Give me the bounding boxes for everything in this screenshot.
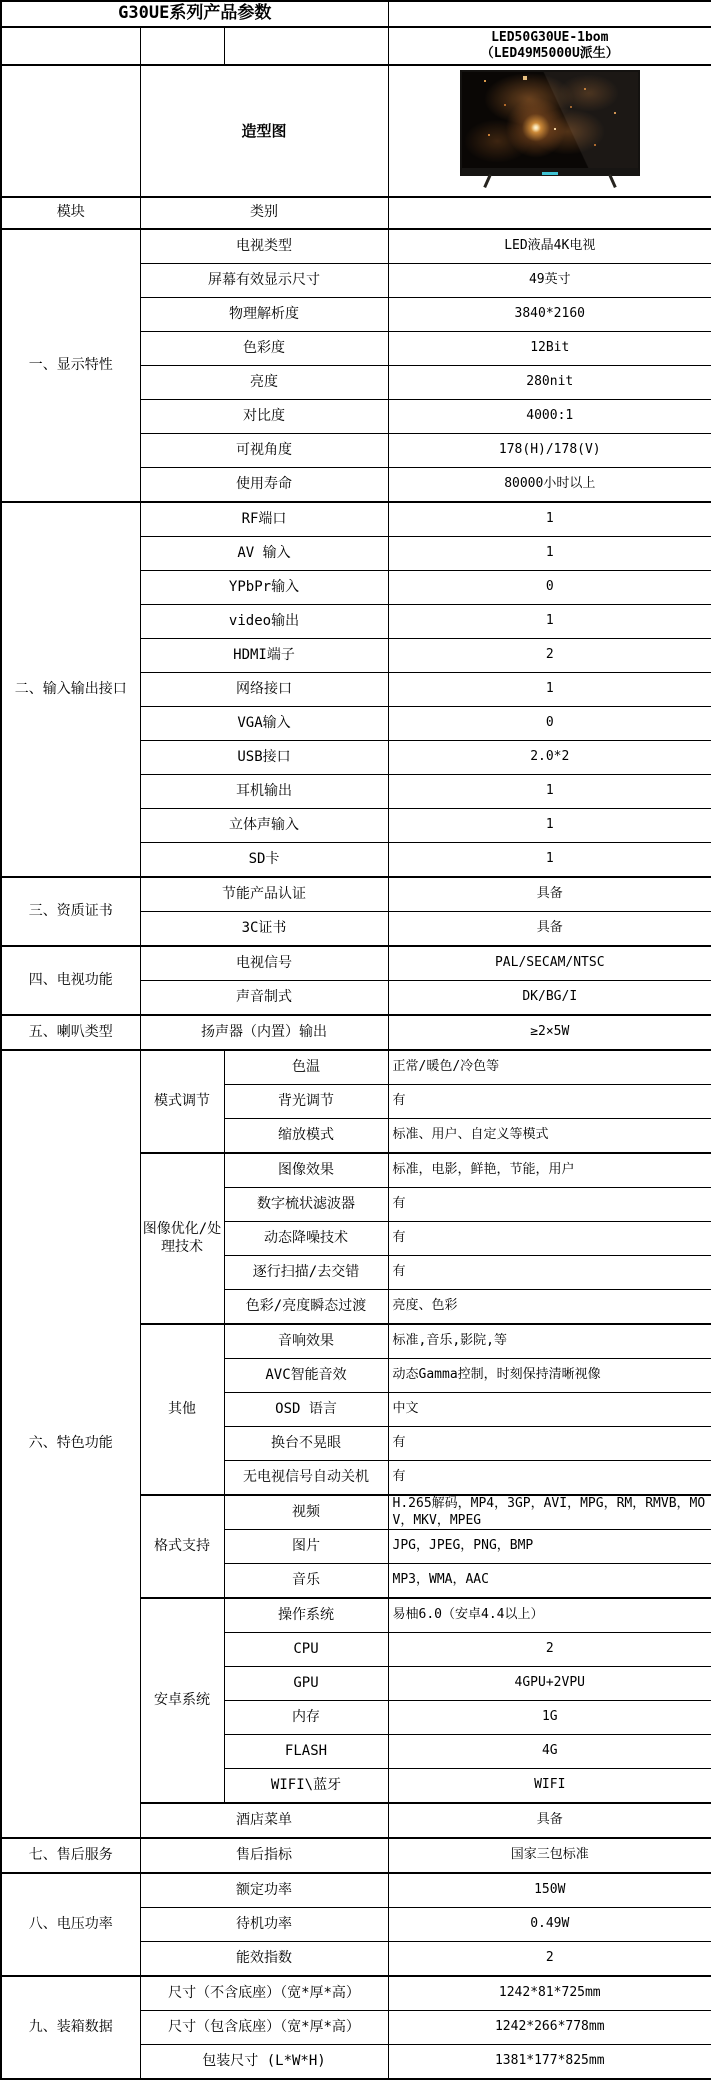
spec-label: 节能产品认证 bbox=[140, 877, 388, 912]
spec-value: 国家三包标准 bbox=[388, 1838, 711, 1873]
spec-label: 售后指标 bbox=[140, 1838, 388, 1873]
spec-value: 49英寸 bbox=[388, 264, 711, 298]
spec-label: 对比度 bbox=[140, 400, 388, 434]
spec-label: 酒店菜单 bbox=[140, 1803, 388, 1838]
spec-value: 1381*177*825mm bbox=[388, 2045, 711, 2080]
spec-label: 网络接口 bbox=[140, 673, 388, 707]
empty-cell bbox=[388, 197, 711, 229]
spec-value: 2 bbox=[388, 1942, 711, 1977]
spec-label: 屏幕有效显示尺寸 bbox=[140, 264, 388, 298]
spec-value: 0 bbox=[388, 707, 711, 741]
spec-value: 具备 bbox=[388, 877, 711, 912]
model-name-line2: （LED49M5000U派生） bbox=[391, 46, 710, 62]
spec-table: G30UE系列产品参数 LED50G30UE-1bom （LED49M5000U… bbox=[0, 0, 711, 2080]
spec-label: 图片 bbox=[224, 1530, 388, 1564]
spec-label: 视频 bbox=[224, 1495, 388, 1530]
tv-screen bbox=[460, 70, 640, 176]
section-label: 九、装箱数据 bbox=[1, 1976, 140, 2079]
spec-label: AV 输入 bbox=[140, 537, 388, 571]
spec-value: 1 bbox=[388, 809, 711, 843]
spec-label: CPU bbox=[224, 1633, 388, 1667]
spec-label: AVC智能音效 bbox=[224, 1359, 388, 1393]
spec-value: 2 bbox=[388, 1633, 711, 1667]
spec-value: 1 bbox=[388, 502, 711, 537]
spec-label: 耳机输出 bbox=[140, 775, 388, 809]
spec-value: 有 bbox=[388, 1085, 711, 1119]
spec-value: 动态Gamma控制，时刻保持清晰视像 bbox=[388, 1359, 711, 1393]
spec-label: 3C证书 bbox=[140, 912, 388, 947]
spec-row: 二、输入输出接口RF端口1 bbox=[1, 502, 711, 537]
spec-label: 逐行扫描/去交错 bbox=[224, 1256, 388, 1290]
page-title: G30UE系列产品参数 bbox=[1, 1, 388, 27]
spec-label: 色彩度 bbox=[140, 332, 388, 366]
spec-label: 电视类型 bbox=[140, 229, 388, 264]
spec-value: JPG，JPEG，PNG，BMP bbox=[388, 1530, 711, 1564]
spec-label: 色温 bbox=[224, 1050, 388, 1085]
spec-label: 可视角度 bbox=[140, 434, 388, 468]
section-label: 五、喇叭类型 bbox=[1, 1015, 140, 1050]
spec-label: OSD 语言 bbox=[224, 1393, 388, 1427]
column-header-row: 模块 类别 bbox=[1, 197, 711, 229]
shape-image-label: 造型图 bbox=[140, 65, 388, 197]
spec-value: MP3，WMA，AAC bbox=[388, 1564, 711, 1599]
spec-value: 有 bbox=[388, 1188, 711, 1222]
spec-value: DK/BG/I bbox=[388, 981, 711, 1016]
spec-label: VGA输入 bbox=[140, 707, 388, 741]
spec-row: 七、售后服务售后指标国家三包标准 bbox=[1, 1838, 711, 1873]
empty-cell bbox=[140, 27, 224, 65]
spec-value: 1G bbox=[388, 1701, 711, 1735]
spec-value: PAL/SECAM/NTSC bbox=[388, 946, 711, 981]
section-label: 三、资质证书 bbox=[1, 877, 140, 946]
spec-value: 中文 bbox=[388, 1393, 711, 1427]
spec-value: 有 bbox=[388, 1222, 711, 1256]
tv-image-cell bbox=[388, 65, 711, 197]
spec-label: 背光调节 bbox=[224, 1085, 388, 1119]
spec-label: 数字梳状滤波器 bbox=[224, 1188, 388, 1222]
empty-cell bbox=[1, 27, 140, 65]
spec-row: 三、资质证书节能产品认证具备 bbox=[1, 877, 711, 912]
spec-label: video输出 bbox=[140, 605, 388, 639]
model-name-line1: LED50G30UE-1bom bbox=[391, 30, 710, 46]
model-name-cell: LED50G30UE-1bom （LED49M5000U派生） bbox=[388, 27, 711, 65]
group-label: 其他 bbox=[140, 1324, 224, 1495]
spec-value: 具备 bbox=[388, 912, 711, 947]
spec-label: 音响效果 bbox=[224, 1324, 388, 1359]
spec-label: 无电视信号自动关机 bbox=[224, 1461, 388, 1496]
spec-value: 150W bbox=[388, 1873, 711, 1908]
spec-value: 标准、用户、自定义等模式 bbox=[388, 1119, 711, 1154]
empty-cell bbox=[1, 65, 140, 197]
tv-front-photo bbox=[460, 70, 640, 192]
spec-value: 2.0*2 bbox=[388, 741, 711, 775]
spec-label: 图像效果 bbox=[224, 1153, 388, 1188]
title-row: G30UE系列产品参数 bbox=[1, 1, 711, 27]
spec-label: 动态降噪技术 bbox=[224, 1222, 388, 1256]
spec-row: 九、装箱数据尺寸（不含底座）（宽*厚*高）1242*81*725mm bbox=[1, 1976, 711, 2011]
spec-label: 换台不晃眼 bbox=[224, 1427, 388, 1461]
spec-label: 包装尺寸 (L*W*H) bbox=[140, 2045, 388, 2080]
spec-label: RF端口 bbox=[140, 502, 388, 537]
group-label: 模式调节 bbox=[140, 1050, 224, 1153]
spec-row: 五、喇叭类型扬声器（内置）输出≥2×5W bbox=[1, 1015, 711, 1050]
spec-value: 有 bbox=[388, 1427, 711, 1461]
empty-cell bbox=[224, 27, 388, 65]
section-label: 一、显示特性 bbox=[1, 229, 140, 502]
spec-label: 内存 bbox=[224, 1701, 388, 1735]
spec-value: 2 bbox=[388, 639, 711, 673]
spec-label: 使用寿命 bbox=[140, 468, 388, 503]
spec-label: SD卡 bbox=[140, 843, 388, 878]
category-header: 类别 bbox=[140, 197, 388, 229]
spec-value: 80000小时以上 bbox=[388, 468, 711, 503]
spec-row: 六、特色功能模式调节色温正常/暖色/冷色等 bbox=[1, 1050, 711, 1085]
spec-label: 能效指数 bbox=[140, 1942, 388, 1977]
spec-value: 0 bbox=[388, 571, 711, 605]
spec-label: 操作系统 bbox=[224, 1598, 388, 1633]
spec-label: 待机功率 bbox=[140, 1908, 388, 1942]
spec-value: 1242*266*778mm bbox=[388, 2011, 711, 2045]
spec-row: 四、电视功能电视信号PAL/SECAM/NTSC bbox=[1, 946, 711, 981]
spec-value: 标准,音乐,影院,等 bbox=[388, 1324, 711, 1359]
spec-label: 缩放模式 bbox=[224, 1119, 388, 1154]
group-label: 图像优化/处理技术 bbox=[140, 1153, 224, 1324]
group-label: 安卓系统 bbox=[140, 1598, 224, 1803]
spec-label: 扬声器（内置）输出 bbox=[140, 1015, 388, 1050]
spec-value: 有 bbox=[388, 1256, 711, 1290]
spec-value: 1 bbox=[388, 537, 711, 571]
spec-label: 电视信号 bbox=[140, 946, 388, 981]
spec-value: 4G bbox=[388, 1735, 711, 1769]
tv-brand-logo bbox=[542, 172, 558, 175]
tv-leg-right-icon bbox=[608, 174, 616, 188]
spec-value: 标准，电影，鲜艳，节能，用户 bbox=[388, 1153, 711, 1188]
spec-row: 八、电压功率额定功率150W bbox=[1, 1873, 711, 1908]
spec-row: 一、显示特性电视类型LED液晶4K电视 bbox=[1, 229, 711, 264]
spec-label: 色彩/亮度瞬态过渡 bbox=[224, 1290, 388, 1325]
spec-label: YPbPr输入 bbox=[140, 571, 388, 605]
section-label: 六、特色功能 bbox=[1, 1050, 140, 1838]
spec-label: 额定功率 bbox=[140, 1873, 388, 1908]
spec-label: 尺寸（包含底座）（宽*厚*高） bbox=[140, 2011, 388, 2045]
spec-value: 280nit bbox=[388, 366, 711, 400]
spec-label: HDMI端子 bbox=[140, 639, 388, 673]
spec-label: 物理解析度 bbox=[140, 298, 388, 332]
spec-value: 12Bit bbox=[388, 332, 711, 366]
spec-value: 4GPU+2VPU bbox=[388, 1667, 711, 1701]
group-label: 格式支持 bbox=[140, 1495, 224, 1598]
spec-value: 1 bbox=[388, 673, 711, 707]
spec-value: 1242*81*725mm bbox=[388, 1976, 711, 2011]
spec-value: 1 bbox=[388, 843, 711, 878]
section-label: 七、售后服务 bbox=[1, 1838, 140, 1873]
spec-value: LED液晶4K电视 bbox=[388, 229, 711, 264]
spec-value: 0.49W bbox=[388, 1908, 711, 1942]
spec-label: WIFI\蓝牙 bbox=[224, 1769, 388, 1804]
spec-value: WIFI bbox=[388, 1769, 711, 1804]
tv-screen-glare bbox=[462, 72, 638, 168]
section-label: 二、输入输出接口 bbox=[1, 502, 140, 877]
tv-leg-left-icon bbox=[483, 174, 491, 188]
spec-value: 1 bbox=[388, 605, 711, 639]
spec-value: ≥2×5W bbox=[388, 1015, 711, 1050]
spec-label: 亮度 bbox=[140, 366, 388, 400]
spec-value: 易柚6.0（安卓4.4以上） bbox=[388, 1598, 711, 1633]
spec-value: 3840*2160 bbox=[388, 298, 711, 332]
model-row: LED50G30UE-1bom （LED49M5000U派生） bbox=[1, 27, 711, 65]
title-empty-cell bbox=[388, 1, 711, 27]
spec-label: GPU bbox=[224, 1667, 388, 1701]
spec-label: 立体声输入 bbox=[140, 809, 388, 843]
spec-label: 音乐 bbox=[224, 1564, 388, 1599]
spec-value: 178(H)/178(V) bbox=[388, 434, 711, 468]
spec-value: 有 bbox=[388, 1461, 711, 1496]
section-label: 四、电视功能 bbox=[1, 946, 140, 1015]
spec-value: 正常/暖色/冷色等 bbox=[388, 1050, 711, 1085]
spec-label: 尺寸（不含底座）（宽*厚*高） bbox=[140, 1976, 388, 2011]
section-label: 八、电压功率 bbox=[1, 1873, 140, 1976]
spec-value: 亮度、色彩 bbox=[388, 1290, 711, 1325]
module-header: 模块 bbox=[1, 197, 140, 229]
spec-label: USB接口 bbox=[140, 741, 388, 775]
spec-value: 具备 bbox=[388, 1803, 711, 1838]
spec-label: 声音制式 bbox=[140, 981, 388, 1016]
spec-label: FLASH bbox=[224, 1735, 388, 1769]
spec-value: 1 bbox=[388, 775, 711, 809]
spec-value: H.265解码，MP4，3GP，AVI，MPG，RM，RMVB，MOV，MKV，… bbox=[388, 1495, 711, 1530]
shape-image-row: 造型图 bbox=[1, 65, 711, 197]
spec-value: 4000:1 bbox=[388, 400, 711, 434]
